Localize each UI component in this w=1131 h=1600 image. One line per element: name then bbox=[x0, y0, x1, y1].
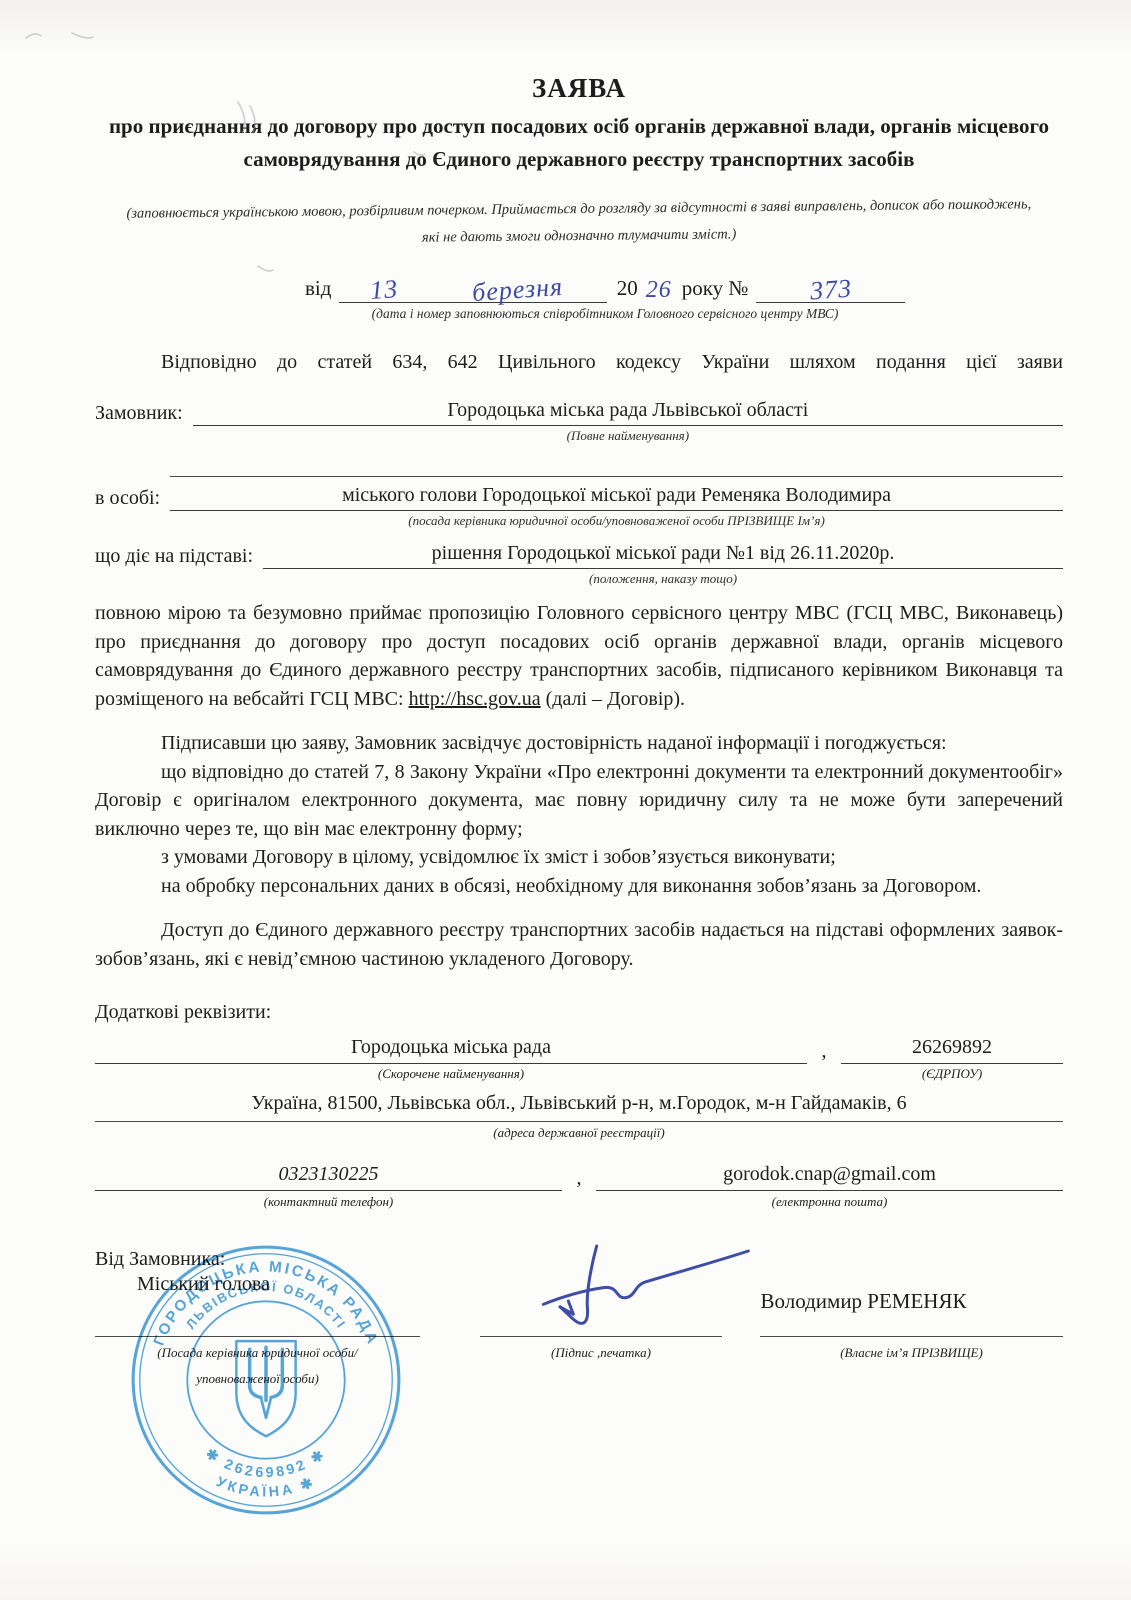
number-label: року № bbox=[672, 276, 757, 303]
phone-caption: (контактний телефон) bbox=[95, 1191, 562, 1210]
pencil-marks bbox=[0, 0, 460, 300]
additional-details-heading: Додаткові реквізити: bbox=[95, 1001, 1063, 1024]
signature-column bbox=[480, 1273, 722, 1337]
customer-caption: (Повне найменування) bbox=[193, 426, 1063, 444]
phone-email-row: 0323130225 , gorodok.cnap@gmail.com (кон… bbox=[95, 1159, 1063, 1210]
trident-icon bbox=[236, 1341, 295, 1436]
agreement-item: з умовами Договору в цілому, усвідомлює … bbox=[95, 843, 1063, 872]
separator-comma: , bbox=[807, 1040, 841, 1064]
fill-instructions-note: (заповнюється українською мовою, розбірл… bbox=[123, 191, 1036, 255]
basis-label: що діє на підставі: bbox=[95, 545, 263, 569]
phone-value: 0323130225 bbox=[95, 1159, 562, 1191]
basis-caption: (положення, наказу тощо) bbox=[263, 569, 1063, 587]
date-day-field: 13 bbox=[339, 277, 428, 303]
date-month-field: березня bbox=[429, 277, 607, 303]
acceptance-text-after: (далі – Договір). bbox=[541, 688, 685, 710]
official-round-stamp: ГОРОДОЦЬКА МІСЬКА РАДА ЛЬВІВСЬКОЇ ОБЛАСТ… bbox=[128, 1242, 404, 1518]
customer-field: Замовник: Городоцька міська рада Львівсь… bbox=[95, 396, 1063, 444]
svg-text:ГОРОДОЦЬКА МІСЬКА РАДА: ГОРОДОЦЬКА МІСЬКА РАДА bbox=[151, 1258, 382, 1348]
basis-field: що діє на підставі: рішення Городоцької … bbox=[95, 539, 1063, 587]
address-rule bbox=[95, 1121, 1063, 1122]
date-caption: (дата і номер заповнюються співробітнико… bbox=[320, 306, 890, 322]
handwritten-month: березня bbox=[472, 276, 564, 304]
name-column: Володимир РЕМЕНЯК bbox=[760, 1273, 1063, 1337]
signer-name: Володимир РЕМЕНЯК bbox=[712, 1289, 1015, 1314]
intro-paragraph: Відповідно до статей 634, 642 Цивільного… bbox=[95, 348, 1063, 376]
customer-value: Городоцька міська рада Львівської област… bbox=[193, 396, 1063, 426]
email-value: gorodok.cnap@gmail.com bbox=[596, 1159, 1063, 1191]
short-name-caption: (Скорочене найменування) bbox=[95, 1064, 807, 1082]
handwritten-day: 13 bbox=[369, 278, 398, 302]
name-caption: (Власне ім’я ПРІЗВИЩЕ) bbox=[760, 1337, 1063, 1392]
representative-field: в особі: міського голови Городоцької міс… bbox=[95, 454, 1063, 529]
representative-caption: (посада керівника юридичної особи/уповно… bbox=[170, 511, 1063, 529]
handwritten-year: 26 bbox=[646, 277, 672, 304]
separator-comma: , bbox=[562, 1167, 596, 1191]
basis-value: рішення Городоцької міської ради №1 від … bbox=[263, 539, 1063, 569]
registration-address-value: Україна, 81500, Львівська обл., Львівськ… bbox=[95, 1092, 1063, 1115]
edrpou-caption: (ЄДРПОУ) bbox=[841, 1064, 1063, 1082]
agreement-block: Підписавши цю заяву, Замовник засвідчує … bbox=[95, 729, 1063, 900]
customer-label: Замовник: bbox=[95, 402, 193, 426]
date-number-row: від 13 березня 2026 року № 373 bbox=[305, 276, 905, 303]
acceptance-paragraph: повною мірою та безумовно приймає пропоз… bbox=[95, 599, 1063, 713]
representative-label: в особі: bbox=[95, 487, 170, 511]
shortname-edrpou-row: Городоцька міська рада , 26269892 (Скоро… bbox=[95, 1032, 1063, 1082]
scanned-document-page: ЗАЯВА про приєднання до договору про дос… bbox=[0, 0, 1131, 1600]
email-caption: (електронна пошта) bbox=[596, 1191, 1063, 1210]
edrpou-value: 26269892 bbox=[841, 1032, 1063, 1064]
document-number-field: 373 bbox=[756, 277, 905, 303]
empty-rule bbox=[170, 454, 1063, 477]
access-paragraph: Доступ до Єдиного державного реєстру тра… bbox=[95, 916, 1063, 973]
short-name-value: Городоцька міська рада bbox=[95, 1032, 807, 1064]
stamp-ring-text: ГОРОДОЦЬКА МІСЬКА РАДА bbox=[151, 1258, 382, 1348]
address-caption: (адреса державної реєстрації) bbox=[95, 1125, 1063, 1141]
signature-caption: (Підпис ,печатка) bbox=[480, 1337, 722, 1392]
agreement-item: що відповідно до статей 7, 8 Закону Укра… bbox=[95, 758, 1063, 844]
hsc-website-link: http://hsc.gov.ua bbox=[409, 688, 541, 710]
year-prefix: 20 bbox=[607, 276, 646, 303]
agreement-intro: Підписавши цю заяву, Замовник засвідчує … bbox=[95, 729, 1063, 758]
handwritten-number: 373 bbox=[809, 278, 852, 303]
representative-value: міського голови Городоцької міської ради… bbox=[170, 481, 1063, 511]
agreement-item: на обробку персональних даних в обсязі, … bbox=[95, 872, 1063, 901]
